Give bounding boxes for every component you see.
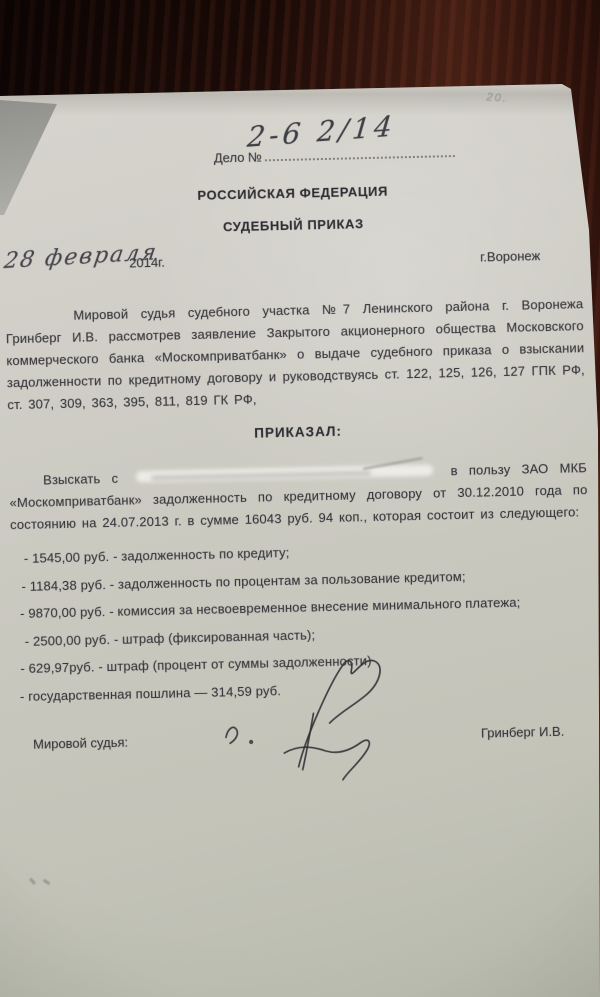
page-pencil-note: 20. bbox=[486, 91, 508, 104]
order-paragraph: Взыскать с в пользу ЗАО МКБ «Москомприва… bbox=[9, 457, 588, 536]
signature-stroke bbox=[301, 713, 314, 769]
judge-name: Гринберг И.В. bbox=[481, 724, 565, 741]
redaction-smudge bbox=[129, 463, 439, 484]
document-photo: 20. Дело № 2-6 2/14 РОССИЙСКАЯ ФЕДЕРАЦИЯ… bbox=[0, 0, 600, 997]
city-label: г.Воронеж bbox=[480, 248, 540, 264]
signature-stroke bbox=[296, 660, 382, 767]
ordered-heading: ПРИКАЗАЛ: bbox=[0, 418, 598, 447]
judge-label: Мировой судья: bbox=[33, 735, 128, 752]
pencil-mark bbox=[29, 878, 35, 885]
document-content: 20. Дело № 2-6 2/14 РОССИЙСКАЯ ФЕДЕРАЦИЯ… bbox=[0, 0, 600, 997]
order-paragraph-start: Взыскать с bbox=[43, 471, 118, 488]
signature-dot bbox=[250, 741, 252, 743]
signature-initial bbox=[226, 727, 238, 743]
federation-title: РОССИЙСКАЯ ФЕДЕРАЦИЯ bbox=[0, 179, 593, 208]
signature-stroke bbox=[284, 740, 370, 781]
date-year: 2014г. bbox=[129, 255, 165, 271]
preamble-paragraph: Мировой судья судебного участка №7 Ленин… bbox=[5, 293, 585, 416]
judge-signature bbox=[216, 649, 419, 789]
pencil-mark bbox=[43, 879, 50, 885]
pen-stroke bbox=[363, 457, 422, 470]
order-title: СУДЕБНЫЙ ПРИКАЗ bbox=[0, 211, 593, 240]
